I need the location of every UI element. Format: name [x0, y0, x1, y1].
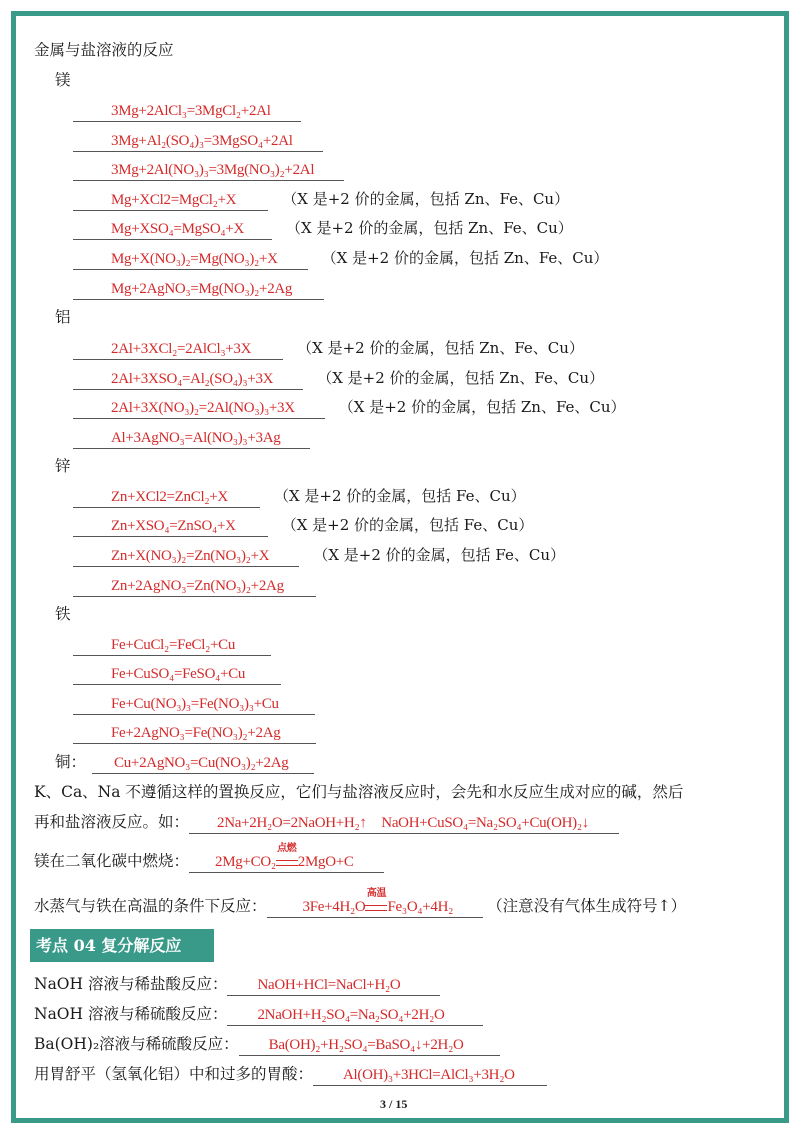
equation-row: 2Al+3X(NO₃)₂=2Al(NO₃)₃+3X（X 是+2 价的金属，包括 … [73, 397, 626, 419]
double-bar [365, 905, 387, 911]
equation: Zn+XSO₄=ZnSO₄+X [73, 516, 268, 537]
double-replacement-row: Ba(OH)₂溶液与稀硫酸反应：Ba(OH)₂+H₂SO₄=BaSO₄↓+2H₂… [34, 1034, 500, 1056]
equation: Mg+X(NO₃)₂=Mg(NO₃)₂+X [73, 249, 308, 270]
equation-note: （注意没有气体生成符号↑） [487, 897, 686, 915]
equation: Al+3AgNO₃=Al(NO₃)₃+3Ag [73, 428, 310, 449]
equation: Zn+XCl2=ZnCl₂+X [73, 487, 260, 508]
equation-note: （X 是+2 价的金属，包括 Zn、Fe、Cu） [317, 369, 604, 387]
equation: 2Al+3X(NO₃)₂=2Al(NO₃)₃+3X [73, 398, 325, 419]
double-replacement-row: NaOH 溶液与稀硫酸反应：2NaOH+H₂SO₄=Na₂SO₄+2H₂O [34, 1004, 483, 1026]
reaction-condition: 高温 [365, 897, 387, 917]
equation-row: Mg+2AgNO₃=Mg(NO₃)₂+2Ag [73, 278, 324, 300]
equation: 2Na+2H₂O=2NaOH+H₂↑ NaOH+CuSO₄=Na₂SO₄+Cu(… [189, 813, 619, 834]
copper-row: 铜：Cu+2AgNO₃=Cu(NO₃)₂+2Ag [55, 752, 314, 774]
mg-co2-label: 镁在二氧化碳中燃烧： [34, 852, 189, 870]
kcana-text-line2: 再和盐溶液反应。如： [34, 813, 189, 831]
equation: Fe+CuCl₂=FeCl₂+Cu [73, 635, 271, 656]
equation-right: Fe₃O₄+4H₂ [387, 899, 453, 915]
equation: Mg+XSO₄=MgSO₄+X [73, 219, 272, 240]
equation-row: 3Mg+2Al(NO₃)₃=3Mg(NO₃)₂+2Al [73, 159, 344, 181]
equation: Mg+2AgNO₃=Mg(NO₃)₂+2Ag [73, 279, 324, 300]
mg-co2-row: 镁在二氧化碳中燃烧：2Mg+CO₂点燃2MgO+C [34, 851, 384, 873]
equation: NaOH+HCl=NaCl+H₂O [227, 975, 440, 996]
equation-note: （X 是+2 价的金属，包括 Fe、Cu） [274, 487, 526, 505]
equation-note: （X 是+2 价的金属，包括 Zn、Fe、Cu） [297, 339, 584, 357]
equation-row: 2Al+3XCl₂=2AlCl₃+3X（X 是+2 价的金属，包括 Zn、Fe、… [73, 338, 584, 360]
equation: Fe+CuSO₄=FeSO₄+Cu [73, 664, 281, 685]
equation-row: Fe+CuCl₂=FeCl₂+Cu [73, 634, 271, 656]
reaction-label: 用胃舒平（氢氧化铝）中和过多的胃酸： [34, 1065, 313, 1083]
equation-note: （X 是+2 价的金属，包括 Zn、Fe、Cu） [286, 219, 573, 237]
equation: Ba(OH)₂+H₂SO₄=BaSO₄↓+2H₂O [239, 1035, 500, 1056]
equation: 3Mg+Al₂(SO₄)₃=3MgSO₄+2Al [73, 131, 323, 152]
equation-left: 3Fe+4H₂O [303, 899, 366, 915]
equation: Al(OH)₃+3HCl=AlCl₃+3H₂O [313, 1065, 547, 1086]
steam-iron-row: 水蒸气与铁在高温的条件下反应：3Fe+4H₂O高温Fe₃O₄+4H₂（注意没有气… [34, 896, 686, 918]
equation-right: 2MgO+C [298, 854, 354, 870]
reaction-condition: 点燃 [276, 852, 298, 872]
equation-row: 3Mg+Al₂(SO₄)₃=3MgSO₄+2Al [73, 130, 323, 152]
reaction-label: NaOH 溶液与稀盐酸反应： [34, 975, 227, 993]
condition-label: 点燃 [276, 839, 298, 859]
page-title: 金属与盐溶液的反应 [34, 40, 174, 60]
equation-row: Fe+CuSO₄=FeSO₄+Cu [73, 663, 281, 685]
equation: Cu+2AgNO₃=Cu(NO₃)₂+2Ag [92, 753, 314, 774]
condition-label: 高温 [365, 884, 387, 904]
equation-row: Zn+XSO₄=ZnSO₄+X（X 是+2 价的金属，包括 Fe、Cu） [73, 515, 533, 537]
zinc-label: 锌 [55, 456, 71, 476]
equation-row: Mg+XCl2=MgCl₂+X（X 是+2 价的金属，包括 Zn、Fe、Cu） [73, 189, 569, 211]
equation-row: Fe+2AgNO₃=Fe(NO₃)₂+2Ag [73, 722, 316, 744]
aluminum-label: 铝 [55, 307, 71, 327]
section-heading-04: 考点 04 复分解反应 [30, 929, 214, 962]
reaction-label: NaOH 溶液与稀硫酸反应： [34, 1005, 227, 1023]
equation-row: Zn+X(NO₃)₂=Zn(NO₃)₂+X（X 是+2 价的金属，包括 Fe、C… [73, 545, 565, 567]
equation: 3Fe+4H₂O高温Fe₃O₄+4H₂ [267, 897, 484, 918]
equation-note: （X 是+2 价的金属，包括 Zn、Fe、Cu） [282, 190, 569, 208]
equation-left: 2Mg+CO₂ [215, 854, 276, 870]
equation-note: （X 是+2 价的金属，包括 Zn、Fe、Cu） [322, 249, 609, 267]
equation-note: （X 是+2 价的金属，包括 Fe、Cu） [282, 516, 534, 534]
equation-row: 2Al+3XSO₄=Al₂(SO₄)₃+3X（X 是+2 价的金属，包括 Zn、… [73, 368, 604, 390]
equation-row: Zn+XCl2=ZnCl₂+X（X 是+2 价的金属，包括 Fe、Cu） [73, 486, 526, 508]
equation-row: Mg+XSO₄=MgSO₄+X（X 是+2 价的金属，包括 Zn、Fe、Cu） [73, 218, 573, 240]
equation: 2NaOH+H₂SO₄=Na₂SO₄+2H₂O [227, 1005, 482, 1026]
double-replacement-row: 用胃舒平（氢氧化铝）中和过多的胃酸：Al(OH)₃+3HCl=AlCl₃+3H₂… [34, 1064, 547, 1086]
equation: Fe+Cu(NO₃)₃=Fe(NO₃)₃+Cu [73, 694, 315, 715]
equation: Fe+2AgNO₃=Fe(NO₃)₂+2Ag [73, 723, 316, 744]
equation: 2Mg+CO₂点燃2MgO+C [189, 852, 384, 873]
equation: Zn+X(NO₃)₂=Zn(NO₃)₂+X [73, 546, 299, 567]
equation-row: Fe+Cu(NO₃)₃=Fe(NO₃)₃+Cu [73, 693, 315, 715]
kcana-row: 再和盐溶液反应。如：2Na+2H₂O=2NaOH+H₂↑ NaOH+CuSO₄=… [34, 812, 619, 834]
equation: 2Al+3XSO₄=Al₂(SO₄)₃+3X [73, 369, 303, 390]
equation-row: Zn+2AgNO₃=Zn(NO₃)₂+2Ag [73, 575, 316, 597]
equation: Mg+XCl2=MgCl₂+X [73, 190, 268, 211]
double-bar [276, 860, 298, 866]
equation-row: Al+3AgNO₃=Al(NO₃)₃+3Ag [73, 427, 310, 449]
equation: Zn+2AgNO₃=Zn(NO₃)₂+2Ag [73, 576, 316, 597]
equation-note: （X 是+2 价的金属，包括 Fe、Cu） [313, 546, 565, 564]
iron-label: 铁 [55, 604, 71, 624]
magnesium-label: 镁 [55, 70, 71, 90]
double-replacement-row: NaOH 溶液与稀盐酸反应：NaOH+HCl=NaCl+H₂O [34, 974, 440, 996]
steam-iron-label: 水蒸气与铁在高温的条件下反应： [34, 897, 267, 915]
copper-label: 铜： [55, 753, 86, 771]
equation-note: （X 是+2 价的金属，包括 Zn、Fe、Cu） [339, 398, 626, 416]
page-number: 3 / 15 [380, 1097, 407, 1112]
equation: 2Al+3XCl₂=2AlCl₃+3X [73, 339, 283, 360]
equation-row: Mg+X(NO₃)₂=Mg(NO₃)₂+X（X 是+2 价的金属，包括 Zn、F… [73, 248, 608, 270]
equation-row: 3Mg+2AlCl₃=3MgCl₂+2Al [73, 100, 301, 122]
equation: 3Mg+2AlCl₃=3MgCl₂+2Al [73, 101, 301, 122]
kcana-text-line1: K、Ca、Na 不遵循这样的置换反应，它们与盐溶液反应时，会先和水反应生成对应的… [34, 782, 683, 802]
reaction-label: Ba(OH)₂溶液与稀硫酸反应： [34, 1035, 239, 1053]
equation: 3Mg+2Al(NO₃)₃=3Mg(NO₃)₂+2Al [73, 160, 344, 181]
